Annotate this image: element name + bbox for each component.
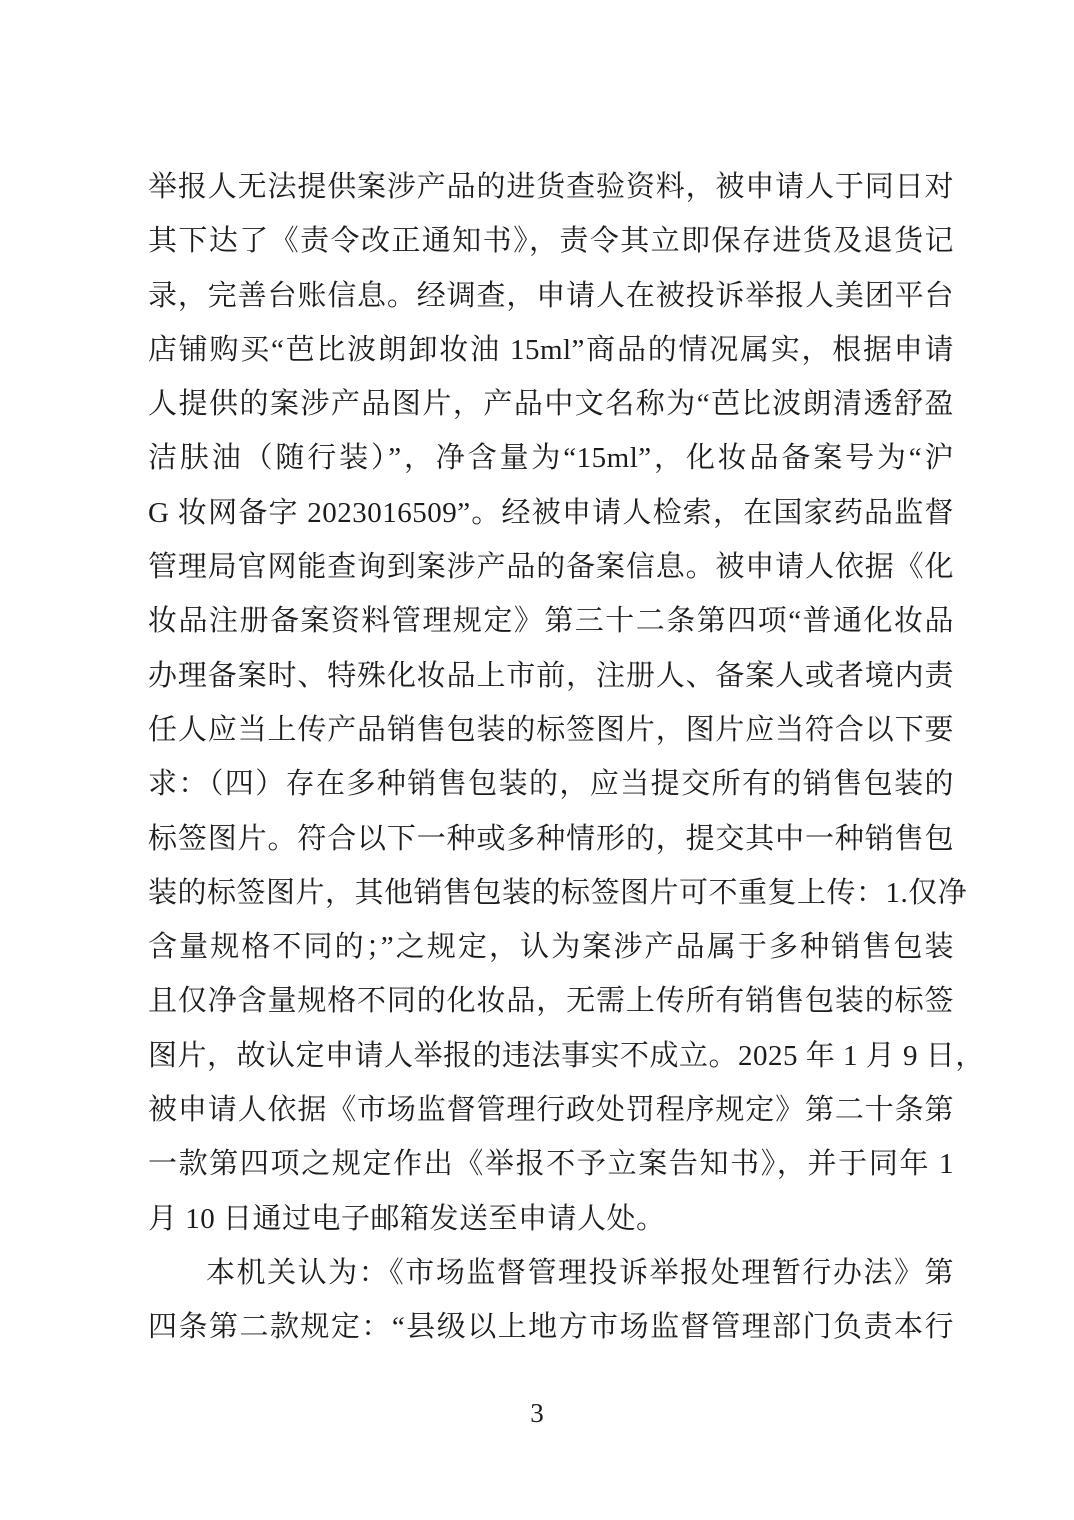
text-line: 其下达了《责令改正通知书》，责令其立即保存进货及退货记	[148, 214, 954, 268]
text-line: G 妆网备字 2023016509”。经被申请人检索，在国家药品监督	[148, 486, 954, 540]
text-line: 求：（四）存在多种销售包装的，应当提交所有的销售包装的	[148, 757, 954, 811]
text-line: 任人应当上传产品销售包装的标签图片，图片应当符合以下要	[148, 703, 954, 757]
text-line: 一款第四项之规定作出《举报不予立案告知书》，并于同年 1	[148, 1137, 954, 1191]
text-line: 四条第二款规定：“县级以上地方市场监督管理部门负责本行	[148, 1300, 954, 1354]
text-line: 图片，故认定申请人举报的违法事实不成立。2025 年 1 月 9 日，	[148, 1029, 954, 1083]
page-footer: 3	[0, 1398, 1074, 1429]
text-line: 录，完善台账信息。经调查，申请人在被投诉举报人美团平台	[148, 269, 954, 323]
text-line: 办理备案时、特殊化妆品上市前，注册人、备案人或者境内责	[148, 649, 954, 703]
page-number: 3	[530, 1398, 544, 1428]
text-line: 管理局官网能查询到案涉产品的备案信息。被申请人依据《化	[148, 540, 954, 594]
text-line: 装的标签图片，其他销售包装的标签图片可不重复上传：1.仅净	[148, 866, 954, 920]
text-line: 店铺购买“芭比波朗卸妆油 15ml”商品的情况属实，根据申请	[148, 323, 954, 377]
text-line: 人提供的案涉产品图片，产品中文名称为“芭比波朗清透舒盈	[148, 377, 954, 431]
text-line: 妆品注册备案资料管理规定》第三十二条第四项“普通化妆品	[148, 594, 954, 648]
text-line: 洁肤油（随行装）”，净含量为“15ml”，化妆品备案号为“沪	[148, 431, 954, 485]
text-line: 含量规格不同的；”之规定，认为案涉产品属于多种销售包装	[148, 920, 954, 974]
text-line: 被申请人依据《市场监督管理行政处罚程序规定》第二十条第	[148, 1083, 954, 1137]
text-line: 且仅净含量规格不同的化妆品，无需上传所有销售包装的标签	[148, 974, 954, 1028]
text-line: 本机关认为：《市场监督管理投诉举报处理暂行办法》第	[148, 1246, 954, 1300]
document-body: 举报人无法提供案涉产品的进货查验资料，被申请人于同日对其下达了《责令改正通知书》…	[148, 160, 954, 1355]
text-line: 月 10 日通过电子邮箱发送至申请人处。	[148, 1192, 954, 1246]
document-page: 举报人无法提供案涉产品的进货查验资料，被申请人于同日对其下达了《责令改正通知书》…	[0, 0, 1074, 1520]
text-line: 举报人无法提供案涉产品的进货查验资料，被申请人于同日对	[148, 160, 954, 214]
text-line: 标签图片。符合以下一种或多种情形的，提交其中一种销售包	[148, 812, 954, 866]
